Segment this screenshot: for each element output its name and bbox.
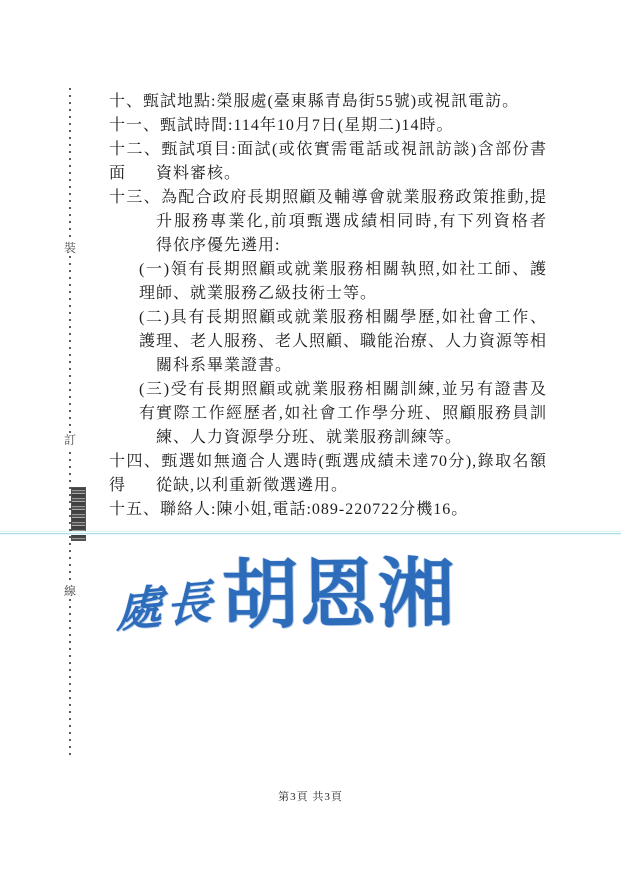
doc-line-12: 十二、甄試項目:面試(或依實需電話或視訊訪談)含部份書面: [109, 138, 547, 162]
binding-char-xian: 線: [62, 584, 78, 598]
doc-line-12-cont: 資料審核。: [109, 162, 547, 186]
signature-title: 處長: [116, 565, 216, 641]
doc-line-13-sub3: (三)受有長期照顧或就業服務相關訓練,並另有證書及有: [109, 378, 547, 402]
doc-line-13-cont1: 升服務專業化,前項甄選成績相同時,有下列資格者: [109, 210, 547, 234]
binding-char-ding: 訂: [62, 433, 78, 447]
doc-line-13: 十三、為配合政府長期照顧及輔導會就業服務政策推動,提: [109, 186, 547, 210]
doc-line-13-sub3-cont2: 練、人力資源學分班、就業服務訓練等。: [109, 426, 547, 450]
doc-line-13-sub1: (一)領有長期照顧或就業服務相關執照,如社工師、護理: [109, 258, 547, 282]
doc-line-14-cont: 從缺,以利重新徵選遴用。: [109, 474, 547, 498]
doc-line-13-sub2-cont1: 理、老人服務、老人照顧、職能治療、人力資源等相: [109, 330, 547, 354]
doc-line-13-sub2-cont2: 關科系畢業證書。: [109, 354, 547, 378]
doc-line-11: 十一、甄試時間:114年10月7日(星期二)14時。: [109, 114, 547, 138]
binding-char-zhuang: 裝: [62, 241, 78, 255]
doc-line-15: 十五、聯絡人:陳小姐,電話:089-220722分機16。: [109, 498, 547, 522]
doc-line-13-sub2: (二)具有長期照顧或就業服務相關學歷,如社會工作、護: [109, 306, 547, 330]
page-number-footer: 第3頁 共3頁: [0, 788, 621, 804]
doc-line-13-cont2: 得依序優先遴用:: [109, 234, 547, 258]
margin-stamp-illegible-icon: [71, 487, 86, 541]
director-signature-stamp: 處長 胡恩湘: [116, 533, 457, 645]
scanned-document-page: 裝 訂 線 十、甄試地點:榮服處(臺東縣青島街55號)或視訊電訪。 十一、甄試時…: [0, 0, 621, 878]
doc-line-13-sub1-cont: 師、就業服務乙級技術士等。: [109, 282, 547, 306]
doc-line-14: 十四、甄選如無適合人選時(甄選成績未達70分),錄取名額得: [109, 450, 547, 474]
doc-line-13-sub3-cont1: 實際工作經歷者,如社會工作學分班、照顧服務員訓: [109, 402, 547, 426]
binding-dotted-line: [69, 88, 71, 755]
signature-name: 胡恩湘: [222, 533, 457, 644]
document-body: 十、甄試地點:榮服處(臺東縣青島街55號)或視訊電訪。 十一、甄試時間:114年…: [109, 90, 547, 522]
doc-line-10: 十、甄試地點:榮服處(臺東縣青島街55號)或視訊電訪。: [109, 90, 547, 114]
